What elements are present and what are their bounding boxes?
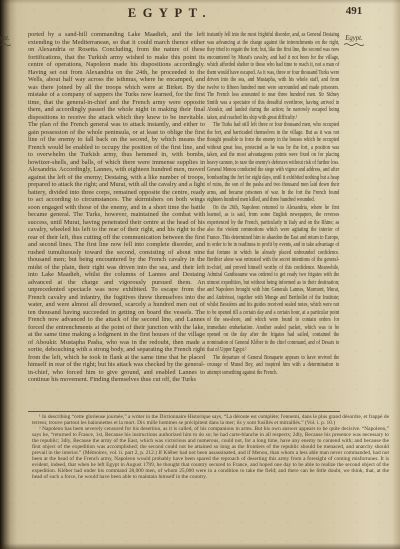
page-edge-right [392,0,400,549]
body-paragraph: The Turks had still left three or four t… [207,121,339,204]
right-column: instantly fell into the most frightful d… [207,31,339,376]
gutter-shadow [0,0,17,549]
margin-note-left-label: Egypt. [0,35,10,42]
margin-note-left: Egypt. [0,35,14,47]
page-edge-bottom [0,543,400,549]
footnote: ² Napoleon has been severely censured fo… [32,427,389,481]
swash-flourish-icon [343,42,365,47]
body-paragraph: instantly fell into the most frightful d… [207,31,339,121]
left-column: ported by a sand-hill commanding Lake Ma… [28,31,205,384]
footnotes-section: ¹ In describing “cette glorieuse journée… [32,415,389,480]
page-edge-top [0,0,400,4]
page-number: 491 [336,5,372,17]
margin-note-right: Egypt. [341,35,367,47]
swash-flourish-icon [0,42,12,47]
book-page: EGYPT. 491 Egypt. Egypt. ported by a san… [0,0,400,549]
body-paragraph: The departure of General Bonaparte appea… [207,354,339,377]
margin-note-right-label: Egypt. [345,35,363,42]
body-paragraph: ported by a sand-hill commanding Lake Ma… [28,31,205,384]
running-head: EGYPT. [0,6,340,21]
body-paragraph: On the 26th, Napoleon returned to Alexan… [207,204,339,354]
footnote-divider [28,411,340,412]
